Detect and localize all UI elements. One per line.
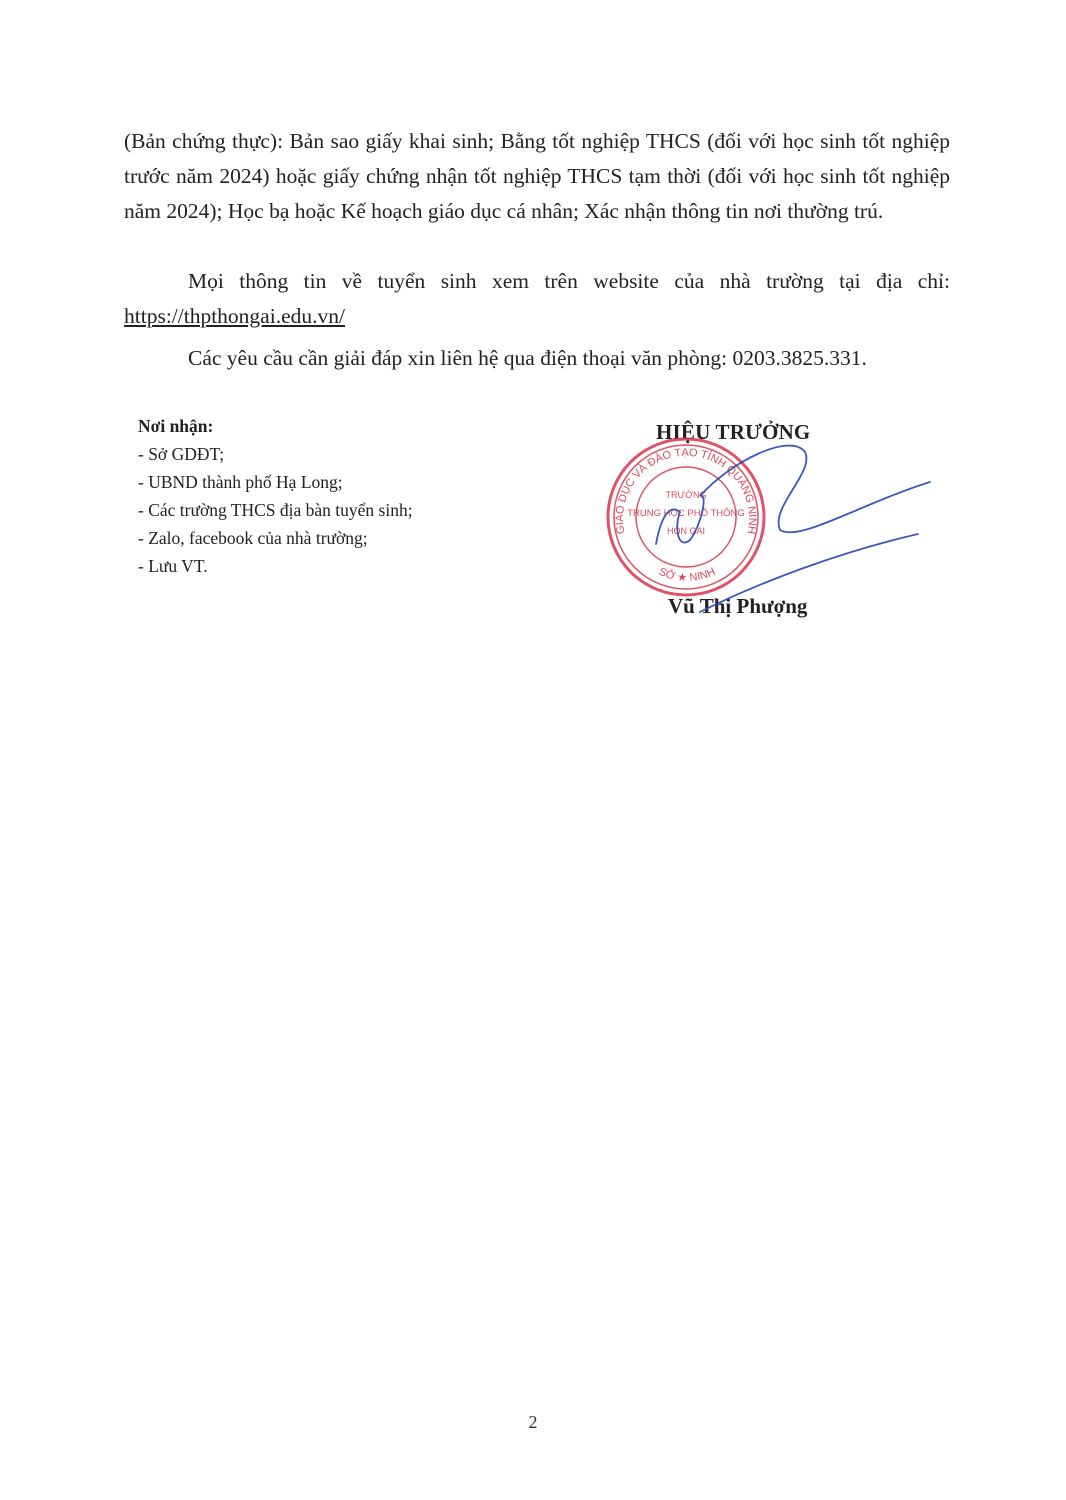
recipient-item: - Zalo, facebook của nhà trường; [138, 524, 413, 552]
stamp-line-3: HÒN GAI [667, 526, 705, 536]
website-link[interactable]: https://thpthongai.edu.vn/ [124, 304, 345, 328]
recipient-item: - Sở GDĐT; [138, 440, 413, 468]
recipients-title: Nơi nhận: [138, 412, 413, 440]
website-text: Mọi thông tin về tuyển sinh xem trên web… [188, 269, 950, 293]
recipients-block: Nơi nhận: - Sở GDĐT; - UBND thành phố Hạ… [138, 412, 413, 580]
stamp-line-2: TRUNG HỌC PHỔ THÔNG [627, 507, 745, 519]
recipient-item: - Lưu VT. [138, 552, 413, 580]
recipient-item: - UBND thành phố Hạ Long; [138, 468, 413, 496]
contact-paragraph: Các yêu cầu cần giải đáp xin liên hệ qua… [124, 341, 950, 376]
official-stamp-icon: GIÁO DỤC VÀ ĐÀO TẠO TỈNH QUẢNG NINH SỞ ★… [600, 412, 940, 632]
page-number: 2 [0, 1412, 1066, 1433]
website-paragraph: Mọi thông tin về tuyển sinh xem trên web… [124, 264, 950, 334]
recipient-item: - Các trường THCS địa bàn tuyển sinh; [138, 496, 413, 524]
signature-block: HIỆU TRƯỞNG GIÁO DỤC VÀ ĐÀO TẠO TỈNH QUẢ… [600, 412, 940, 632]
requirements-paragraph: (Bản chứng thực): Bản sao giấy khai sinh… [124, 124, 950, 229]
svg-text:SỞ ★ NINH: SỞ ★ NINH [657, 566, 717, 584]
stamp-outer-bottom: SỞ ★ NINH [657, 566, 717, 584]
